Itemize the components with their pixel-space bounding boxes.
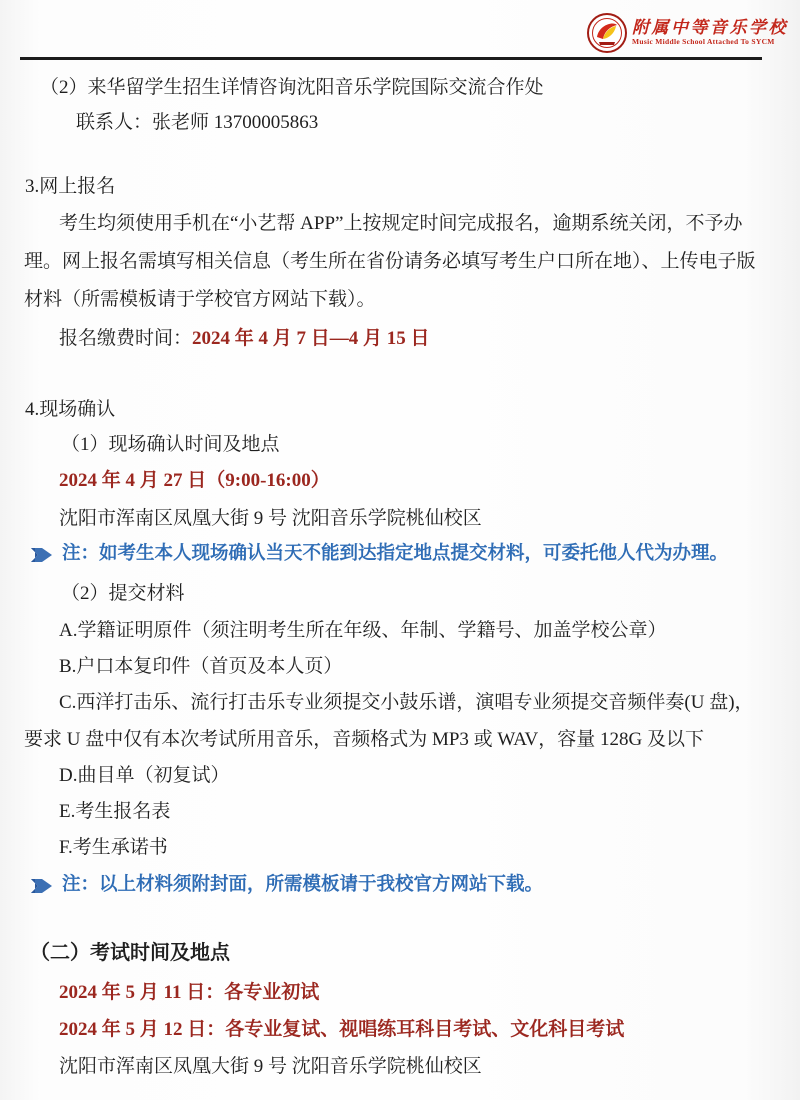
exam-date-2: 2024 年 5 月 12 日：各专业复试、视唱练耳科目考试、文化科目考试 (59, 1018, 624, 1042)
note-delegate: 注：如考生本人现场确认当天不能到达指定地点提交材料，可委托他人代为办理。 (30, 543, 728, 566)
exam-section-title: （二）考试时间及地点 (30, 941, 230, 966)
section4-sub1: （1）现场确认时间及地点 (61, 433, 280, 457)
header-divider (20, 57, 762, 60)
section3-paragraph-line1: 考生均须使用手机在“小艺帮 APP”上按规定时间完成报名，逾期系统关闭，不予办 (59, 212, 742, 236)
material-item-c-line2: 要求 U 盘中仅有本次考试所用音乐，音频格式为 MP3 或 WAV，容量 128… (24, 728, 704, 752)
school-name-en: Music Middle School Attached To SYCM (632, 37, 775, 47)
exam-date-1: 2024 年 5 月 11 日：各专业初试 (59, 981, 319, 1005)
school-logo-text: 附属中等音乐学校 Music Middle School Attached To… (632, 19, 788, 47)
material-item-f: F.考生承诺书 (59, 836, 168, 860)
material-item-d: D.曲目单（初复试） (59, 764, 229, 788)
section3-paragraph-line3: 材料（所需模板请于学校官方网站下载）。 (24, 288, 376, 312)
section3-title: 3.网上报名 (25, 175, 115, 199)
confirm-address: 沈阳市浑南区凤凰大街 9 号 沈阳音乐学院桃仙校区 (59, 507, 482, 531)
confirm-datetime: 2024 年 4 月 27 日（9:00-16:00） (59, 469, 330, 493)
intl-students-line: （2）来华留学生招生详情咨询沈阳音乐学院国际交流合作处 (40, 76, 544, 100)
material-item-b: B.户口本复印件（首页及本人页） (59, 655, 342, 679)
fee-period-label: 报名缴费时间： (59, 328, 192, 349)
school-logo: 附属中等音乐学校 Music Middle School Attached To… (587, 13, 788, 53)
material-item-e: E.考生报名表 (59, 800, 170, 824)
material-item-a: A.学籍证明原件（须注明考生所在年级、年制、学籍号、加盖学校公章） (59, 619, 666, 643)
section3-paragraph-line2: 理。网上报名需填写相关信息（考生所在省份请务必填写考生户口所在地）、上传电子版 (24, 250, 756, 274)
fee-period-value: 2024 年 4 月 7 日—4 月 15 日 (192, 328, 430, 349)
note-cover: 注：以上材料须附封面，所需模板请于我校官方网站下载。 (30, 874, 543, 897)
exam-address: 沈阳市浑南区凤凰大街 9 号 沈阳音乐学院桃仙校区 (59, 1055, 482, 1079)
contact-line: 联系人：张老师 13700005863 (76, 111, 318, 135)
fee-period-line: 报名缴费时间：2024 年 4 月 7 日—4 月 15 日 (59, 327, 430, 351)
school-emblem-icon (587, 13, 627, 53)
school-name-cn: 附属中等音乐学校 (632, 19, 788, 38)
note-arrow-icon (30, 546, 54, 564)
note-arrow-icon (30, 877, 54, 895)
section4-title: 4.现场确认 (25, 398, 115, 422)
material-item-c-line1: C.西洋打击乐、流行打击乐专业须提交小鼓乐谱，演唱专业须提交音频伴奏(U 盘)， (59, 691, 754, 715)
document-page: 附属中等音乐学校 Music Middle School Attached To… (0, 0, 800, 1100)
note-cover-text: 注：以上材料须附封面，所需模板请于我校官方网站下载。 (62, 874, 543, 897)
note-delegate-text: 注：如考生本人现场确认当天不能到达指定地点提交材料，可委托他人代为办理。 (62, 543, 728, 566)
section4-sub2: （2）提交材料 (61, 582, 185, 606)
